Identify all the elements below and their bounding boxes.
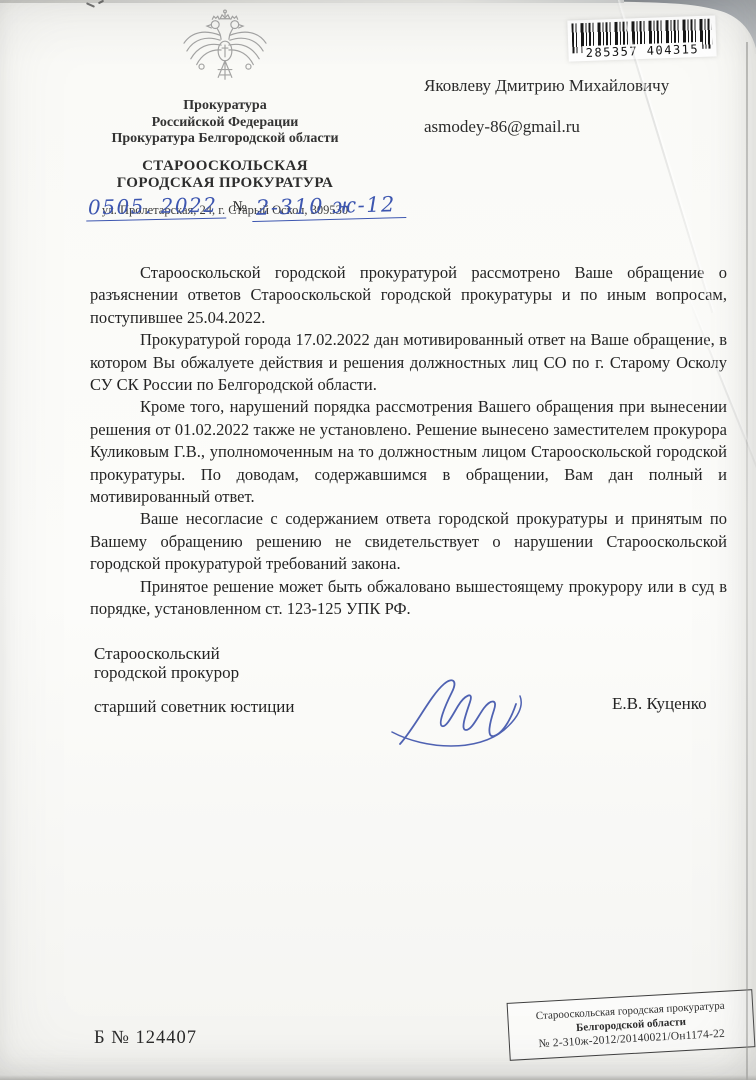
number-sign: № — [233, 199, 247, 215]
signer-title-line-2: городской прокурор — [94, 663, 294, 682]
registration-stamp: Старооскольская городская прокуратура Бе… — [507, 989, 756, 1061]
recipient-email: asmodey-86@gmail.ru — [424, 117, 734, 137]
recipient-name: Яковлеву Дмитрию Михайловичу — [424, 76, 734, 96]
org-line-1: Прокуратура — [60, 98, 390, 115]
document-page: Прокуратура Российской Федерации Прокура… — [0, 0, 756, 1080]
outgoing-number-handwritten: 2-310 ж-12 — [252, 192, 407, 222]
scanned-letter: Прокуратура Российской Федерации Прокура… — [0, 0, 756, 1080]
signer-name: Е.В. Куценко — [612, 694, 707, 714]
signature-autograph-icon — [386, 666, 556, 761]
coat-of-arms-icon — [176, 8, 274, 92]
scan-edge-right — [746, 42, 748, 1080]
outgoing-date-handwritten: 0505. 2022 — [86, 193, 226, 222]
scan-speck — [86, 2, 95, 7]
signer-title-block: Старооскольский городской прокурор старш… — [94, 644, 294, 716]
form-number: Б № 124407 — [94, 1028, 197, 1049]
office-name-line-1: СТАРООСКОЛЬСКАЯ — [60, 158, 390, 176]
letterhead: Прокуратура Российской Федерации Прокура… — [60, 8, 390, 218]
org-line-2: Российской Федерации — [60, 115, 390, 132]
org-line-3: Прокуратура Белгородской области — [60, 131, 390, 148]
reference-line: 0505. 2022№2-310 ж-12 — [86, 194, 406, 220]
signer-title-line-1: Старооскольский — [94, 644, 294, 663]
page-corner-curl — [624, 0, 756, 54]
recipient-block: Яковлеву Дмитрию Михайловичу asmodey-86@… — [424, 76, 734, 137]
body-paragraph: Прокуратурой города 17.02.2022 дан мотив… — [90, 329, 727, 396]
body-paragraph: Ваше несогласие с содержанием ответа гор… — [90, 508, 727, 575]
body-paragraph: Старооскольской городской прокуратурой р… — [90, 262, 727, 329]
office-name-line-2: ГОРОДСКАЯ ПРОКУРАТУРА — [60, 175, 390, 193]
signer-rank: старший советник юстиции — [94, 697, 294, 716]
scan-edge-bottom — [0, 1075, 756, 1080]
body-paragraph: Принятое решение может быть обжаловано в… — [90, 576, 727, 621]
letter-body: Старооскольской городской прокуратурой р… — [90, 262, 727, 621]
body-paragraph: Кроме того, нарушений порядка рассмотрен… — [90, 396, 727, 508]
